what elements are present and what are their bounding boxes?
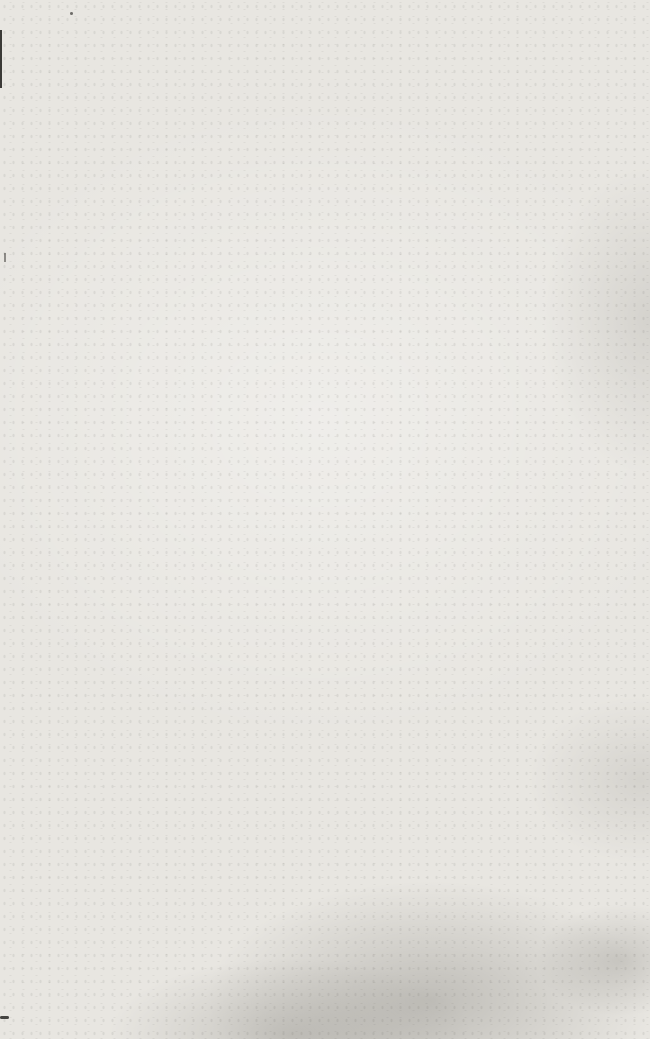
scan-artifact [0,30,2,88]
document-body [62,40,630,64]
scan-artifact [4,253,6,262]
handwritten-note [106,53,630,64]
scan-artifact [70,12,73,15]
scan-artifact [0,1016,9,1019]
paper-texture [0,0,650,1039]
document-page [0,0,650,1039]
